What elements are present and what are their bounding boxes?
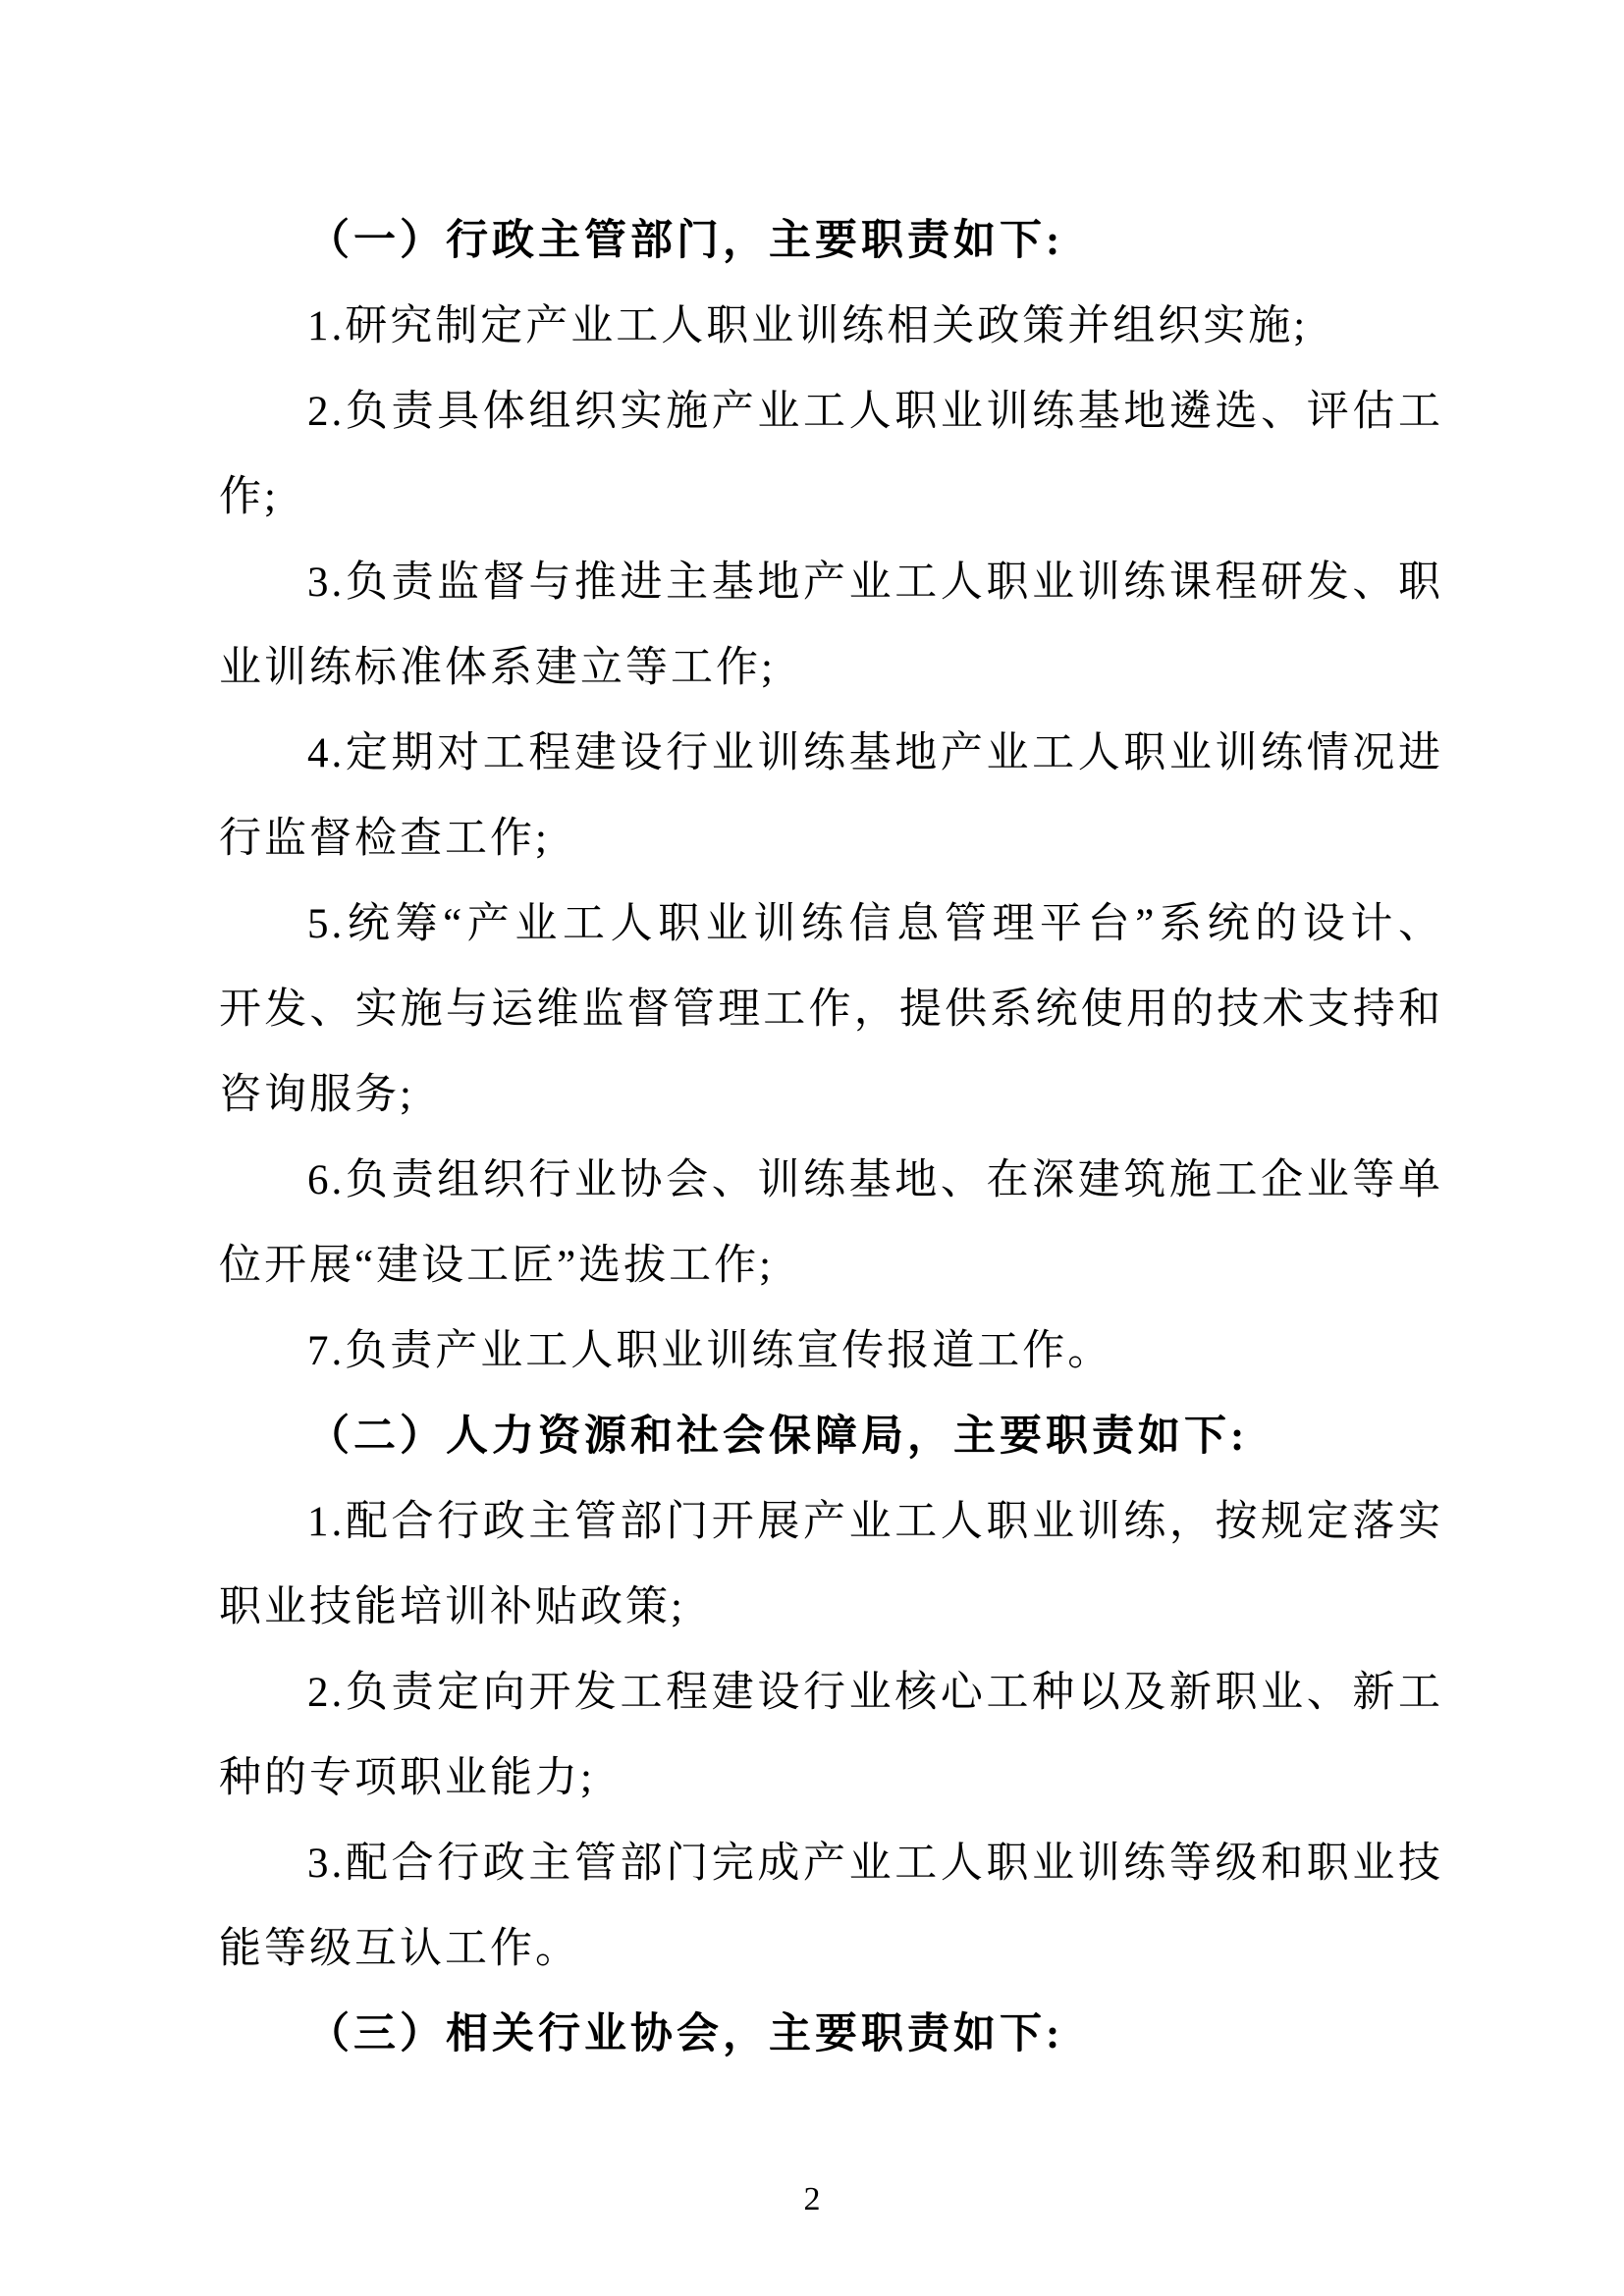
body-line: 3.配合行政主管部门完成产业工人职业训练等级和职业技 [219,1821,1443,1906]
section-heading: （二）人力资源和社会保障局，主要职责如下: [219,1394,1443,1479]
body-line: 1.研究制定产业工人职业训练相关政策并组织实施; [219,284,1443,369]
body-line: 种的专项职业能力; [219,1735,1443,1821]
body-line: 位开展“建设工匠”选拔工作; [219,1223,1443,1308]
document-body: （一）行政主管部门，主要职责如下: 1.研究制定产业工人职业训练相关政策并组织实… [219,198,1443,2077]
body-line: 咨询服务; [219,1052,1443,1138]
body-line: 3.负责监督与推进主基地产业工人职业训练课程研发、职 [219,540,1443,625]
document-page: （一）行政主管部门，主要职责如下: 1.研究制定产业工人职业训练相关政策并组织实… [0,0,1624,2296]
body-line: 4.定期对工程建设行业训练基地产业工人职业训练情况进 [219,711,1443,796]
body-line: 作; [219,454,1443,540]
body-line: 5.统筹“产业工人职业训练信息管理平台”系统的设计、 [219,881,1443,967]
section-heading: （一）行政主管部门，主要职责如下: [219,198,1443,284]
body-line: 1.配合行政主管部门开展产业工人职业训练，按规定落实 [219,1479,1443,1565]
page-number: 2 [0,2179,1624,2220]
section-heading: （三）相关行业协会，主要职责如下: [219,1992,1443,2077]
body-line: 6.负责组织行业协会、训练基地、在深建筑施工企业等单 [219,1138,1443,1223]
body-line: 2.负责定向开发工程建设行业核心工种以及新职业、新工 [219,1650,1443,1735]
body-line: 2.负责具体组织实施产业工人职业训练基地遴选、评估工 [219,369,1443,454]
body-line: 职业技能培训补贴政策; [219,1565,1443,1650]
body-line: 能等级互认工作。 [219,1906,1443,1992]
body-line: 行监督检查工作; [219,796,1443,881]
body-line: 开发、实施与运维监督管理工作，提供系统使用的技术支持和 [219,967,1443,1052]
body-line: 业训练标准体系建立等工作; [219,625,1443,711]
body-line: 7.负责产业工人职业训练宣传报道工作。 [219,1308,1443,1394]
